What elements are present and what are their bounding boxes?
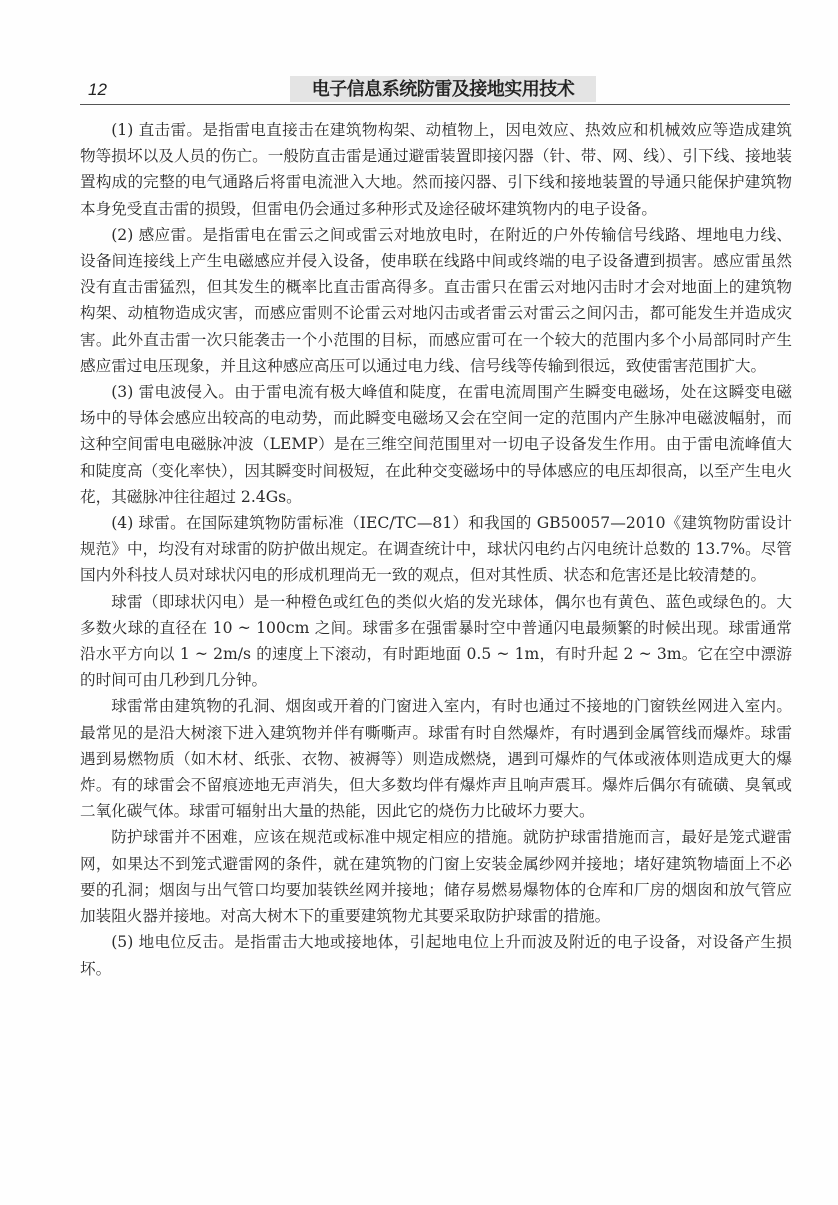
running-title: 电子信息系统防雷及接地实用技术 (290, 76, 596, 102)
paragraph-ball-lightning-protection: 防护球雷并不困难，应该在规范或标准中规定相应的措施。就防护球雷措施而言，最好是笼… (80, 824, 792, 929)
paragraph-induced-lightning: (2) 感应雷。是指雷电在雷云之间或雷云对地放电时，在附近的户外传输信号线路、埋… (80, 222, 792, 379)
paragraph-ball-lightning-description: 球雷（即球状闪电）是一种橙色或红色的类似火焰的发光球体，偶尔也有黄色、蓝色或绿色… (80, 589, 792, 694)
body-text: (1) 直击雷。是指雷电直接击在建筑物构架、动植物上，因电效应、热效应和机械效应… (80, 117, 792, 982)
book-page: 12 电子信息系统防雷及接地实用技术 (1) 直击雷。是指雷电直接击在建筑物构架… (0, 0, 838, 1205)
paragraph-ball-lightning: (4) 球雷。在国际建筑物防雷标准（IEC/TC—81）和我国的 GB50057… (80, 510, 792, 589)
paragraph-ball-lightning-behavior: 球雷常由建筑物的孔洞、烟囱或开着的门窗进入室内，有时也通过不接地的门窗铁丝网进入… (80, 693, 792, 824)
page-header: 12 电子信息系统防雷及接地实用技术 (80, 76, 790, 105)
paragraph-ground-potential-counterattack: (5) 地电位反击。是指雷击大地或接地体，引起地电位上升而波及附近的电子设备，对… (80, 929, 792, 981)
paragraph-lightning-wave-intrusion: (3) 雷电波侵入。由于雷电流有极大峰值和陡度，在雷电流周围产生瞬变电磁场，处在… (80, 379, 792, 510)
paragraph-direct-lightning: (1) 直击雷。是指雷电直接击在建筑物构架、动植物上，因电效应、热效应和机械效应… (80, 117, 792, 222)
page-number: 12 (88, 80, 107, 100)
